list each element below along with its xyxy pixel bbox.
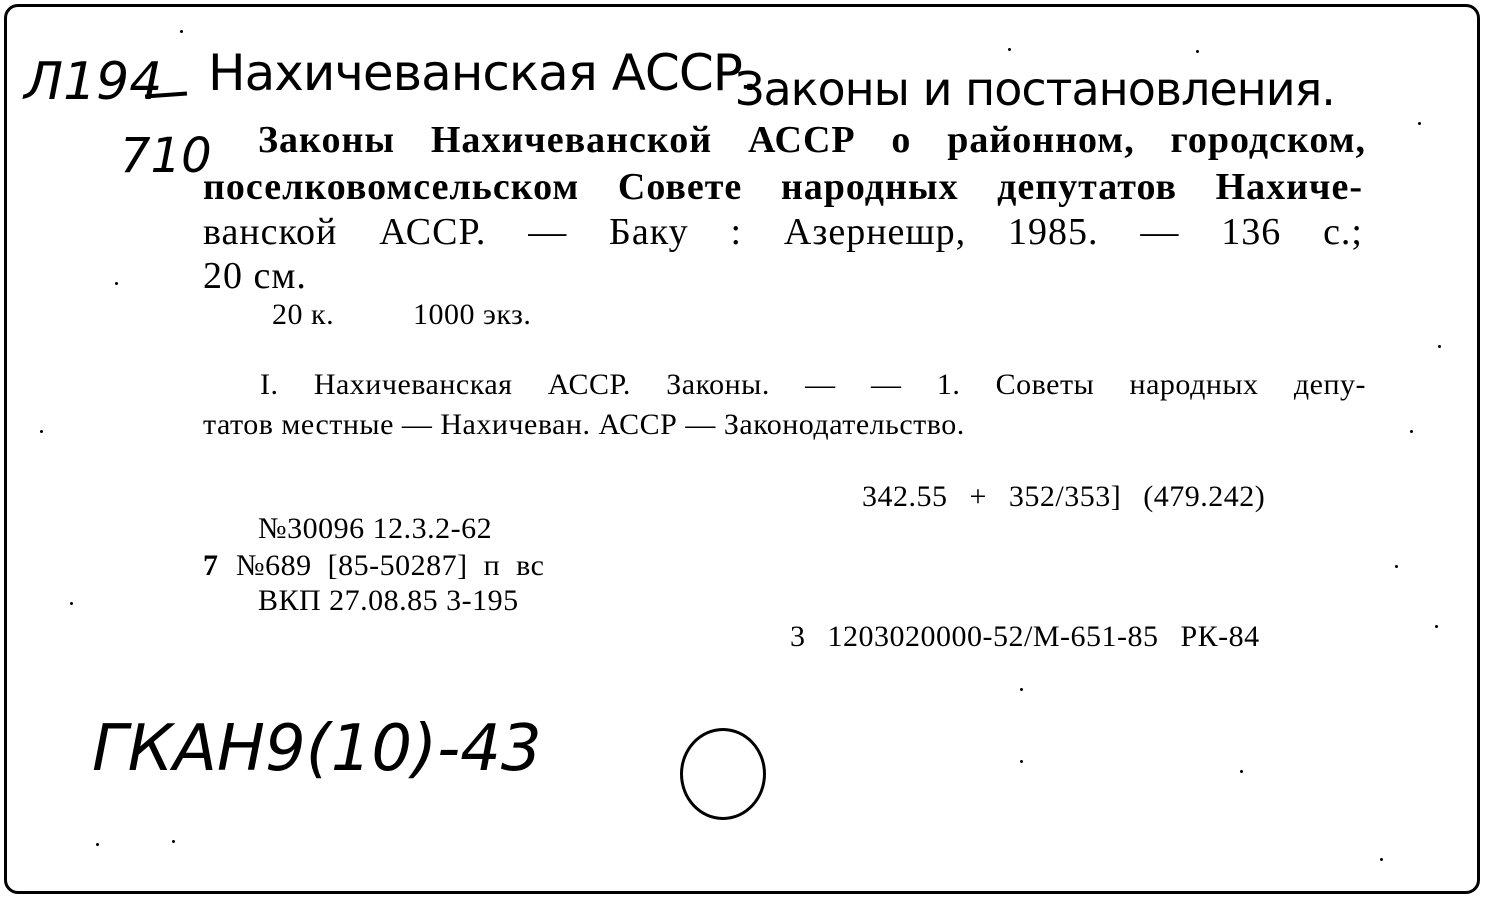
speckle: [115, 282, 118, 285]
description-line-4: 20 см.: [203, 254, 307, 298]
speckle: [1410, 430, 1413, 433]
speckle: [172, 840, 175, 843]
speckle: [1020, 760, 1023, 763]
print-run: 1000 экз.: [413, 298, 531, 332]
speckle: [1196, 50, 1199, 53]
speckle: [1395, 565, 1398, 568]
speckle: [70, 602, 73, 605]
subjects-line-1: I. Нахичеванская АССР. Законы. — — 1. Со…: [260, 368, 1366, 402]
speckle: [180, 30, 183, 33]
punch-hole-circle: [680, 728, 766, 820]
description-line-1: Законы Нахичеванской АССР о районном, го…: [258, 118, 1366, 162]
shelfmark-top: Л194: [24, 52, 162, 112]
record-info-line-2: №689 [85-50287] п вс: [236, 549, 544, 583]
speckle: [1418, 122, 1421, 125]
description-line-3: ванской АССР. — Баку : Азернешр, 1985. —…: [203, 210, 1363, 254]
speckle: [40, 430, 43, 433]
speckle: [1435, 625, 1438, 628]
handwritten-heading-country: Нахичеванская АССР.: [208, 44, 757, 102]
record-info-line-3: ВКП 27.08.85 3-195: [258, 584, 519, 618]
speckle: [1008, 48, 1011, 51]
price: 20 к.: [272, 298, 334, 332]
speckle: [1380, 858, 1383, 861]
speckle: [1240, 770, 1243, 773]
speckle: [96, 843, 99, 846]
index-code: 3 1203020000-52/М-651-85 РК-84: [790, 620, 1260, 654]
speckle: [1438, 345, 1441, 348]
record-info-line-2-prefix: 7: [203, 549, 219, 583]
classification-index: 342.55 + 352/353] (479.242): [862, 480, 1265, 514]
subjects-line-2: татов местные — Нахичеван. АССР — Законо…: [203, 408, 965, 442]
description-line-2: поселковомсельском Совете народных депут…: [203, 165, 1363, 209]
record-info-line-1: №30096 12.3.2-62: [258, 512, 492, 546]
handwritten-heading-subject: Законы и постановления.: [735, 62, 1335, 116]
handwritten-inventory-code: ГКАН9(10)-43: [92, 712, 542, 786]
speckle: [1020, 688, 1023, 691]
shelfmark-bottom: 710: [120, 128, 212, 184]
